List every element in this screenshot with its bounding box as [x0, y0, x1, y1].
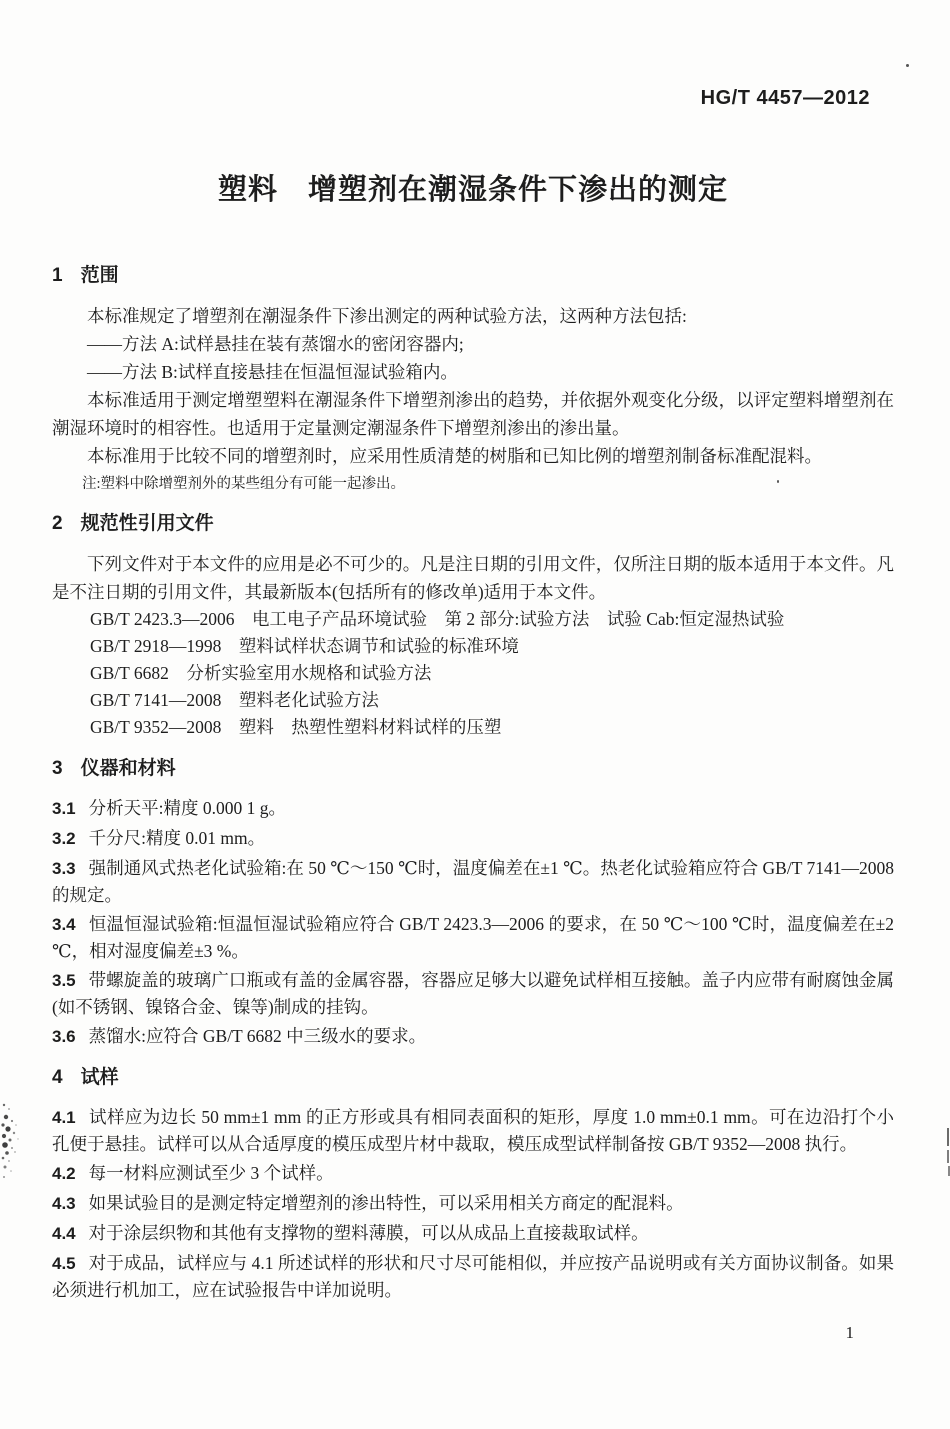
clause: 3.6蒸馏水:应符合 GB/T 6682 中三级水的要求。: [52, 1023, 894, 1050]
clause-text: 分析天平:精度 0.000 1 g。: [89, 798, 286, 818]
clause: 3.1分析天平:精度 0.000 1 g。: [52, 795, 894, 822]
section-title: 仪器和材料: [81, 758, 176, 779]
clause-number: 3.2: [52, 829, 76, 848]
clause: 4.1试样应为边长 50 mm±1 mm 的正方形或具有相同表面积的矩形，厚度 …: [52, 1104, 894, 1157]
clause-number: 3.6: [52, 1027, 76, 1046]
paragraph: 本标准适用于测定增塑塑料在潮湿条件下增塑剂渗出的趋势，并依据外观变化分级，以评定…: [52, 386, 894, 442]
normative-reference: GB/T 2918—1998 塑料试样状态调节和试验的标准环境: [90, 633, 894, 660]
clause-number: 3.5: [52, 971, 76, 990]
clause: 4.4对于涂层织物和其他有支撑物的塑料薄膜，可以从成品上直接裁取试样。: [52, 1220, 894, 1247]
section-title: 试样: [81, 1067, 119, 1088]
page-number: 1: [52, 1323, 854, 1343]
clause: 3.2千分尺:精度 0.01 mm。: [52, 825, 894, 852]
normative-reference: GB/T 6682 分析实验室用水规格和试验方法: [90, 660, 894, 687]
document-title: 塑料 增塑剂在潮湿条件下渗出的测定: [52, 172, 894, 208]
clause-text: 蒸馏水:应符合 GB/T 6682 中三级水的要求。: [89, 1026, 427, 1046]
section-title: 规范性引用文件: [81, 513, 214, 534]
clause-text: 带螺旋盖的玻璃广口瓶或有盖的金属容器，容器应足够大以避免试样相互接触。盖子内应带…: [52, 970, 894, 1017]
clause-text: 强制通风式热老化试验箱:在 50 ℃～150 ℃时，温度偏差在±1 ℃。热老化试…: [52, 858, 894, 905]
clause-number: 4.3: [52, 1194, 76, 1213]
clause: 3.4恒温恒湿试验箱:恒温恒湿试验箱应符合 GB/T 2423.3—2006 的…: [52, 911, 894, 964]
section-heading-1: 1范围: [52, 264, 894, 288]
scan-speck: [330, 174, 332, 176]
clause-number: 3.3: [52, 859, 76, 878]
method-a-item: ——方法 A:试样悬挂在装有蒸馏水的密闭容器内;: [52, 330, 894, 358]
clause-number: 4.1: [52, 1108, 76, 1127]
note-text: 注:塑料中除增塑剂外的某些组分有可能一起渗出。: [82, 472, 894, 496]
normative-reference: GB/T 2423.3—2006 电工电子产品环境试验 第 2 部分:试验方法 …: [90, 606, 894, 633]
clause-text: 对于涂层织物和其他有支撑物的塑料薄膜，可以从成品上直接裁取试样。: [89, 1223, 649, 1243]
section-heading-3: 3仪器和材料: [52, 757, 894, 781]
clause: 3.3强制通风式热老化试验箱:在 50 ℃～150 ℃时，温度偏差在±1 ℃。热…: [52, 855, 894, 908]
standard-number: HG/T 4457—2012: [52, 86, 870, 110]
section-number: 4: [52, 1067, 63, 1088]
scan-edge-mark: [947, 1128, 949, 1146]
section-number: 3: [52, 758, 63, 779]
clause: 4.3如果试验目的是测定特定增塑剂的渗出特性，可以采用相关方商定的配混料。: [52, 1190, 894, 1217]
section-heading-2: 2规范性引用文件: [52, 512, 894, 536]
scan-edge-mark: [947, 1150, 949, 1163]
clause-text: 千分尺:精度 0.01 mm。: [89, 828, 265, 848]
page-content: HG/T 4457—2012 塑料 增塑剂在潮湿条件下渗出的测定 1范围 本标准…: [0, 86, 950, 1343]
clause-number: 4.4: [52, 1224, 76, 1243]
clause-text: 如果试验目的是测定特定增塑剂的渗出特性，可以采用相关方商定的配混料。: [89, 1193, 684, 1213]
clause-text: 每一材料应测试至少 3 个试样。: [89, 1163, 334, 1183]
clause-text: 恒温恒湿试验箱:恒温恒湿试验箱应符合 GB/T 2423.3—2006 的要求，…: [52, 914, 894, 961]
clause: 4.2每一材料应测试至少 3 个试样。: [52, 1160, 894, 1187]
normative-reference: GB/T 7141—2008 塑料老化试验方法: [90, 687, 894, 714]
paragraph: 下列文件对于本文件的应用是必不可少的。凡是注日期的引用文件，仅所注日期的版本适用…: [52, 550, 894, 606]
clause: 3.5带螺旋盖的玻璃广口瓶或有盖的金属容器，容器应足够大以避免试样相互接触。盖子…: [52, 967, 894, 1020]
clause-text: 试样应为边长 50 mm±1 mm 的正方形或具有相同表面积的矩形，厚度 1.0…: [52, 1107, 894, 1154]
section-heading-4: 4试样: [52, 1066, 894, 1090]
normative-reference: GB/T 9352—2008 塑料 热塑性塑料材料试样的压塑: [90, 714, 894, 741]
clause-number: 3.1: [52, 799, 76, 818]
clause-number: 4.2: [52, 1164, 76, 1183]
clause: 4.5对于成品，试样应与 4.1 所述试样的形状和尺寸尽可能相似，并应按产品说明…: [52, 1250, 894, 1303]
method-b-item: ——方法 B:试样直接悬挂在恒温恒湿试验箱内。: [52, 358, 894, 386]
section-number: 2: [52, 513, 63, 534]
paragraph: 本标准规定了增塑剂在潮湿条件下渗出测定的两种试验方法，这两种方法包括:: [52, 302, 894, 330]
scan-speck: [906, 64, 909, 67]
clause-text: 对于成品，试样应与 4.1 所述试样的形状和尺寸尽可能相似，并应按产品说明或有关…: [52, 1253, 894, 1300]
clause-number: 3.4: [52, 915, 76, 934]
section-title: 范围: [81, 265, 119, 286]
clause-number: 4.5: [52, 1254, 76, 1273]
scanned-document-page: HG/T 4457—2012 塑料 增塑剂在潮湿条件下渗出的测定 1范围 本标准…: [0, 0, 950, 1429]
paragraph: 本标准用于比较不同的增塑剂时，应采用性质清楚的树脂和已知比例的增塑剂制备标准配混…: [52, 442, 894, 470]
section-number: 1: [52, 265, 63, 286]
scan-smudge-artifact: [0, 1095, 26, 1187]
scan-speck: [777, 480, 779, 483]
